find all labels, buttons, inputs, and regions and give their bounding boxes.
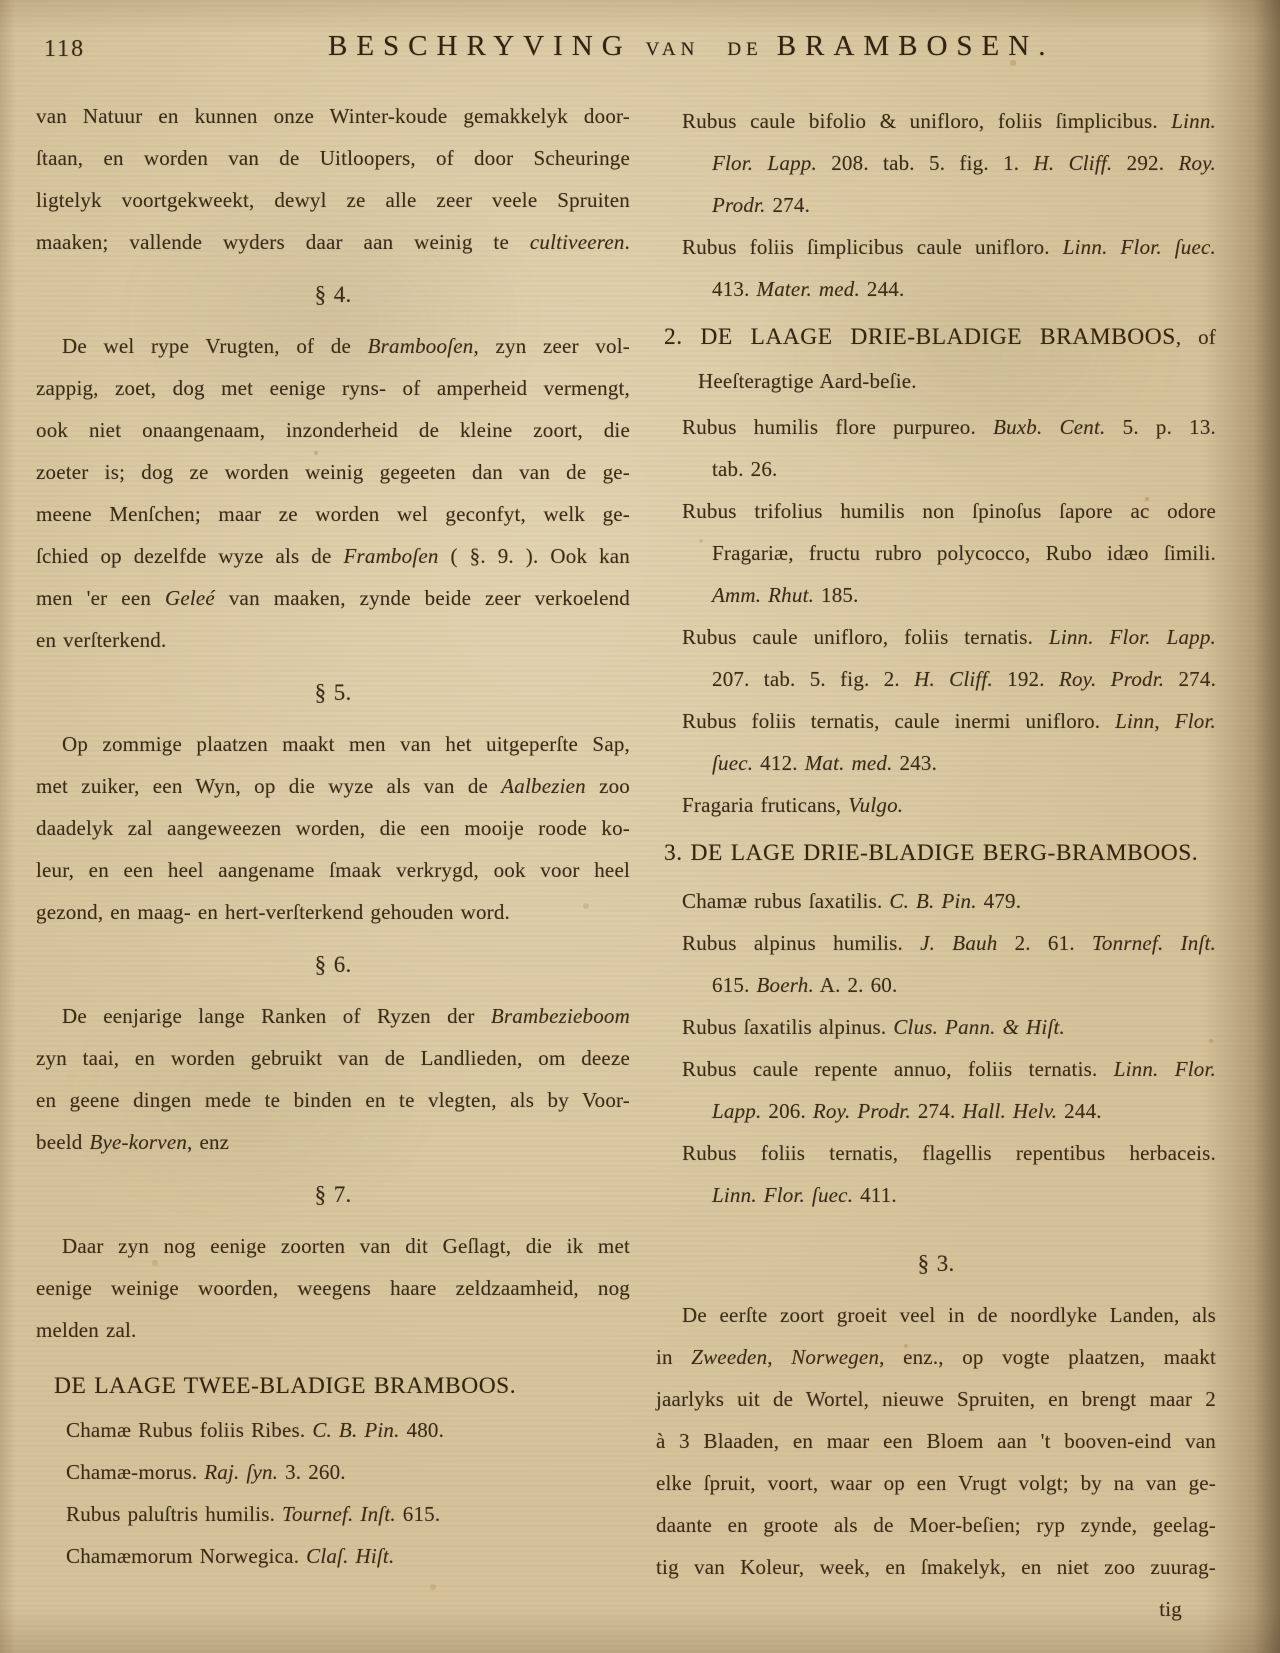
text-line: men 'er een Geleé van maaken, zynde beid… — [36, 577, 630, 619]
text-run: Rubus alpinus humilis. — [682, 931, 920, 955]
text-run: Roy. — [1178, 151, 1216, 175]
text-run: Rubus ſaxatilis alpinus. — [682, 1015, 893, 1039]
section-mark: § 4. — [36, 273, 630, 317]
text-run: zoeter is; dog ze worden weinig gegeeten… — [36, 460, 630, 484]
text-run: J. Bauh — [920, 931, 997, 955]
text-line: Rubus foliis ternatis, flagellis repenti… — [656, 1132, 1216, 1174]
text-run: ligtelyk voortgekweekt, dewyl ze alle ze… — [36, 188, 630, 212]
text-run: maaken; vallende wyders daar aan weinig … — [36, 230, 530, 254]
text-run: . — [625, 230, 630, 254]
text-line: Rubus paluſtris humilis. Tournef. Inſt. … — [36, 1493, 630, 1535]
text-run: Linn. Flor. — [1114, 1057, 1216, 1081]
text-run: , enz — [187, 1130, 229, 1154]
text-line: Chamæ rubus ſaxatilis. C. B. Pin. 479. — [656, 880, 1216, 922]
text-run: melden zal. — [36, 1318, 137, 1342]
right-column: Rubus caule bifolio & unifloro, foliis ſ… — [656, 100, 1216, 1630]
text-line: 2. DE LAAGE DRIE-BLADIGE BRAMBOOS, of — [656, 314, 1216, 360]
text-line: De eerſte zoort groeit veel in de noordl… — [656, 1294, 1216, 1336]
text-run: 207. tab. 5. fig. 2. — [712, 667, 914, 691]
text-run: eenige weinige woorden, weegens haare ze… — [36, 1276, 630, 1300]
text-run: De wel rype Vrugten, of de — [62, 334, 368, 358]
text-run: tig van Koleur, week, en ſmakelyk, en ni… — [656, 1555, 1216, 1579]
text-run: Hall. Helv. — [962, 1099, 1057, 1123]
text-run: van maaken, zynde beide zeer verkoelend — [215, 586, 630, 610]
text-line: meene Menſchen; maar ze worden wel gecon… — [36, 493, 630, 535]
text-run: 274. — [1164, 667, 1216, 691]
text-run: Fragaria fruticans, — [682, 793, 848, 817]
text-line: à 3 Blaaden, en maar een Bloem aan 't bo… — [656, 1420, 1216, 1462]
text-run: C. B. Pin. — [312, 1418, 399, 1442]
text-line: daante en groote als de Moer-beſien; ryp… — [656, 1504, 1216, 1546]
text-line: 207. tab. 5. fig. 2. H. Cliff. 192. Roy.… — [656, 658, 1216, 700]
paragraph: De wel rype Vrugten, of de Brambooſen, z… — [36, 325, 630, 661]
species-entry: Rubus alpinus humilis. J. Bauh 2. 61. To… — [656, 922, 1216, 1006]
text-run: leur, en een heel aangename ſmaak verkry… — [36, 858, 630, 882]
paragraph: De eerſte zoort groeit veel in de noordl… — [656, 1294, 1216, 1588]
text-line: zappig, zoet, dog met eenige ryns- of am… — [36, 367, 630, 409]
text-run: ( §. 9. ). Ook kan — [439, 544, 630, 568]
text-line: Fragaria fruticans, Vulgo. — [656, 784, 1216, 826]
text-run: Rubus foliis ſimplicibus caule unifloro. — [682, 235, 1063, 259]
paragraph: Daar zyn nog eenige zoorten van dit Geſl… — [36, 1225, 630, 1351]
paragraph: De eenjarige lange Ranken of Ryzen der B… — [36, 995, 630, 1163]
text-run: Rubus caule unifloro, foliis ternatis. — [682, 625, 1049, 649]
title-word-de: de — [727, 39, 762, 60]
text-run: 244. — [860, 277, 905, 301]
text-run: Op zommige plaatzen maakt men van het ui… — [62, 732, 630, 756]
text-line: Rubus caule bifolio & unifloro, foliis ſ… — [656, 100, 1216, 142]
text-line: elke ſpruit, voort, waar op een Vrugt vo… — [656, 1462, 1216, 1504]
text-run: Aalbezien — [501, 774, 586, 798]
book-page: { "header": { "page_number": "118", "tit… — [0, 0, 1280, 1653]
text-run: gezond, en maag- en hert-verſterkend geh… — [36, 900, 510, 924]
text-run: zoo — [586, 774, 630, 798]
text-run: Chamæ Rubus foliis Ribes. — [66, 1418, 312, 1442]
text-run: 185. — [814, 583, 859, 607]
text-line: Op zommige plaatzen maakt men van het ui… — [36, 723, 630, 765]
text-line: Linn. Flor. ſuec. 411. — [656, 1174, 1216, 1216]
section-mark: § 5. — [36, 671, 630, 715]
text-run: 274. — [911, 1099, 962, 1123]
species-entry: Rubus humilis flore purpureo. Buxb. Cent… — [656, 406, 1216, 490]
species-entry: Rubus foliis ternatis, caule inermi unif… — [656, 700, 1216, 784]
text-line: ligtelyk voortgekweekt, dewyl ze alle ze… — [36, 179, 630, 221]
text-run: zyn taai, en worden gebruikt van de Land… — [36, 1046, 630, 1070]
text-run: Tonrnef. Inſt. — [1092, 931, 1216, 955]
text-run: , enz., op vogte plaatzen, maakt — [879, 1345, 1216, 1369]
species-entry: Chamæ Rubus foliis Ribes. C. B. Pin. 480… — [36, 1409, 630, 1577]
text-run: Tournef. Inſt. — [282, 1502, 396, 1526]
text-line: eenige weinige woorden, weegens haare ze… — [36, 1267, 630, 1309]
text-run: meene Menſchen; maar ze worden wel gecon… — [36, 502, 630, 526]
species-entry: Rubus foliis ternatis, flagellis repenti… — [656, 1132, 1216, 1216]
text-run: daadelyk zal aangeweezen worden, die een… — [36, 816, 630, 840]
text-line: tab. 26. — [656, 448, 1216, 490]
text-line: 413. Mater. med. 244. — [656, 268, 1216, 310]
text-run: Brambezieboom — [491, 1004, 630, 1028]
text-run: Chamæ-morus. — [66, 1460, 204, 1484]
text-run: à 3 Blaaden, en maar een Bloem aan 't bo… — [656, 1429, 1216, 1453]
species-entry: Chamæ rubus ſaxatilis. C. B. Pin. 479. — [656, 880, 1216, 922]
text-line: zoeter is; dog ze worden weinig gegeeten… — [36, 451, 630, 493]
text-line: Chamæ-morus. Raj. ſyn. 3. 260. — [36, 1451, 630, 1493]
text-run: Boerh. — [757, 973, 814, 997]
text-run: en geene dingen mede te binden en te vle… — [36, 1088, 630, 1112]
text-run: ſtaan, en worden van de Uitloopers, of d… — [36, 146, 630, 170]
text-run: in — [656, 1345, 691, 1369]
text-run: met zuiker, een Wyn, op die wyze als van… — [36, 774, 501, 798]
text-line: 615. Boerh. A. 2. 60. — [656, 964, 1216, 1006]
text-run: Raj. ſyn. — [204, 1460, 278, 1484]
text-run: 243. — [893, 751, 938, 775]
text-run: ook niet onaangenaam, inzonderheid de kl… — [36, 418, 630, 442]
foxing-specks — [0, 0, 2, 2]
text-line: Prodr. 274. — [656, 184, 1216, 226]
text-run: ſuec. — [712, 751, 753, 775]
text-line: Amm. Rhut. 185. — [656, 574, 1216, 616]
text-run: Roy. Prodr. — [1059, 667, 1164, 691]
text-run: De eerſte zoort groeit veel in de noordl… — [682, 1303, 1216, 1327]
text-run: 5. p. 13. — [1106, 415, 1217, 439]
catchword: tig — [656, 1588, 1216, 1630]
title-word-brambosen: BRAMBOSEN. — [777, 30, 1055, 62]
text-line: gezond, en maag- en hert-verſterkend geh… — [36, 891, 630, 933]
text-run: 2. DE LAAGE DRIE-BLADIGE BRAMBOOS — [664, 324, 1176, 350]
text-line: in Zweeden, Norwegen, enz., op vogte pla… — [656, 1336, 1216, 1378]
text-run: H. Cliff. — [1033, 151, 1112, 175]
text-run: 208. tab. 5. fig. 1. — [817, 151, 1034, 175]
subheading: DE LAAGE TWEE-BLADIGE BRAMBOOS. — [36, 1363, 630, 1409]
text-run: Zweeden — [691, 1345, 767, 1369]
text-run: daante en groote als de Moer-beſien; ryp… — [656, 1513, 1216, 1537]
text-run: jaarlyks uit de Wortel, nieuwe Spruiten,… — [656, 1387, 1216, 1411]
text-line: en geene dingen mede te binden en te vle… — [36, 1079, 630, 1121]
text-run: , — [767, 1345, 791, 1369]
title-word-van: van — [646, 39, 700, 60]
text-line: De wel rype Vrugten, of de Brambooſen, z… — [36, 325, 630, 367]
text-run: C. B. Pin. — [889, 889, 976, 913]
page-number: 118 — [44, 36, 85, 63]
text-run: Norwegen — [791, 1345, 879, 1369]
species-entry: Fragaria fruticans, Vulgo. — [656, 784, 1216, 826]
text-line: 3. DE LAGE DRIE-BLADIGE BERG-BRAMBOOS. — [656, 830, 1216, 876]
text-run: Rubus caule bifolio & unifloro, foliis ſ… — [682, 109, 1171, 133]
text-run: 3. 260. — [278, 1460, 346, 1484]
section-mark: § 3. — [656, 1242, 1216, 1286]
text-line: Rubus caule unifloro, foliis ternatis. L… — [656, 616, 1216, 658]
text-run: 192. — [993, 667, 1059, 691]
left-column: van Natuur en kunnen onze Winter-koude g… — [36, 95, 630, 1577]
text-run: Buxb. Cent. — [993, 415, 1105, 439]
text-run: 244. — [1057, 1099, 1102, 1123]
text-run: tab. 26. — [712, 457, 778, 481]
text-run: 412. — [753, 751, 804, 775]
text-line: met zuiker, een Wyn, op die wyze als van… — [36, 765, 630, 807]
text-run: De eenjarige lange Ranken of Ryzen der — [62, 1004, 491, 1028]
text-run: ſchied op dezelfde wyze als de — [36, 544, 343, 568]
text-run: 480. — [400, 1418, 445, 1442]
text-run: zappig, zoet, dog met eenige ryns- of am… — [36, 376, 630, 400]
text-run: Mater. med. — [757, 277, 860, 301]
text-run: 2. 61. — [997, 931, 1092, 955]
text-run: Linn. Flor. ſuec. — [712, 1183, 853, 1207]
text-line: DE LAAGE TWEE-BLADIGE BRAMBOOS. — [36, 1363, 630, 1409]
text-run: , of — [1176, 325, 1216, 349]
text-run: Fragariæ, fructu rubro polycocco, Rubo i… — [712, 541, 1216, 565]
text-run: Lapp. — [712, 1099, 761, 1123]
text-run: Rubus paluſtris humilis. — [66, 1502, 282, 1526]
paragraph: van Natuur en kunnen onze Winter-koude g… — [36, 95, 630, 263]
text-line: van Natuur en kunnen onze Winter-koude g… — [36, 95, 630, 137]
text-run: Geleé — [165, 586, 215, 610]
species-entry: Rubus ſaxatilis alpinus. Clus. Pann. & H… — [656, 1006, 1216, 1048]
species-entry: Rubus caule bifolio & unifloro, foliis ſ… — [656, 100, 1216, 226]
text-run: , zyn zeer vol- — [473, 334, 630, 358]
text-run: 3. DE LAGE DRIE-BLADIGE BERG-BRAMBOOS. — [664, 840, 1198, 866]
paragraph: Op zommige plaatzen maakt men van het ui… — [36, 723, 630, 933]
text-run: Claſ. Hiſt. — [306, 1544, 394, 1568]
text-run: Clus. Pann. & Hiſt. — [893, 1015, 1065, 1039]
text-run: elke ſpruit, voort, waar op een Vrugt vo… — [656, 1471, 1216, 1495]
text-line: ſuec. 412. Mat. med. 243. — [656, 742, 1216, 784]
species-entry: Rubus foliis ſimplicibus caule unifloro.… — [656, 226, 1216, 310]
text-line: Fragariæ, fructu rubro polycocco, Rubo i… — [656, 532, 1216, 574]
text-run: beeld — [36, 1130, 89, 1154]
text-line: jaarlyks uit de Wortel, nieuwe Spruiten,… — [656, 1378, 1216, 1420]
text-run: Mat. med. — [805, 751, 893, 775]
text-run: Linn. Flor. ſuec. — [1063, 235, 1216, 259]
text-run: 615. — [712, 973, 757, 997]
text-run: 479. — [977, 889, 1022, 913]
text-line: maaken; vallende wyders daar aan weinig … — [36, 221, 630, 263]
text-line: Heeſteragtige Aard-beſie. — [656, 360, 1216, 402]
text-line: Rubus alpinus humilis. J. Bauh 2. 61. To… — [656, 922, 1216, 964]
species-entry: Rubus caule repente annuo, foliis ternat… — [656, 1048, 1216, 1132]
text-line: en verſterkend. — [36, 619, 630, 661]
text-line: tig van Koleur, week, en ſmakelyk, en ni… — [656, 1546, 1216, 1588]
text-run: Rubus foliis ternatis, flagellis repenti… — [682, 1141, 1216, 1165]
text-run: 206. — [761, 1099, 812, 1123]
text-line: Rubus humilis flore purpureo. Buxb. Cent… — [656, 406, 1216, 448]
text-line: Flor. Lapp. 208. tab. 5. fig. 1. H. Clif… — [656, 142, 1216, 184]
text-run: Amm. Rhut. — [712, 583, 814, 607]
text-line: ook niet onaangenaam, inzonderheid de kl… — [36, 409, 630, 451]
text-run: van Natuur en kunnen onze Winter-koude g… — [36, 104, 630, 128]
text-run: cultiveeren — [530, 230, 625, 254]
text-line: leur, en een heel aangename ſmaak verkry… — [36, 849, 630, 891]
text-run: Rubus humilis flore purpureo. — [682, 415, 993, 439]
text-run: Rubus foliis ternatis, caule inermi unif… — [682, 709, 1115, 733]
text-line: De eenjarige lange Ranken of Ryzen der B… — [36, 995, 630, 1037]
text-run: Prodr. — [712, 193, 766, 217]
species-entry: Rubus caule unifloro, foliis ternatis. L… — [656, 616, 1216, 700]
text-run: Rubus trifolius humilis non ſpinoſus ſap… — [682, 499, 1216, 523]
text-run: Framboſen — [343, 544, 438, 568]
text-run: tig — [1159, 1597, 1182, 1621]
species-heading: 2. DE LAAGE DRIE-BLADIGE BRAMBOOS, ofHee… — [656, 314, 1216, 402]
text-line: Rubus foliis ternatis, caule inermi unif… — [656, 700, 1216, 742]
text-run: 292. — [1112, 151, 1178, 175]
text-line: Rubus ſaxatilis alpinus. Clus. Pann. & H… — [656, 1006, 1216, 1048]
text-run: Daar zyn nog eenige zoorten van dit Geſl… — [62, 1234, 630, 1258]
text-run: Chamæ rubus ſaxatilis. — [682, 889, 889, 913]
text-run: 411. — [853, 1183, 897, 1207]
text-run: Linn. Flor. Lapp. — [1049, 625, 1216, 649]
text-run: Linn, Flor. — [1115, 709, 1216, 733]
text-line: zyn taai, en worden gebruikt van de Land… — [36, 1037, 630, 1079]
text-line: beeld Bye-korven, enz — [36, 1121, 630, 1163]
text-run: Chamæmorum Norwegica. — [66, 1544, 306, 1568]
text-run: Rubus caule repente annuo, foliis ternat… — [682, 1057, 1114, 1081]
text-line: Chamæ Rubus foliis Ribes. C. B. Pin. 480… — [36, 1409, 630, 1451]
text-run: men 'er een — [36, 586, 165, 610]
text-line: ſtaan, en worden van de Uitloopers, of d… — [36, 137, 630, 179]
text-line: Rubus trifolius humilis non ſpinoſus ſap… — [656, 490, 1216, 532]
text-run: Heeſteragtige Aard-beſie. — [698, 369, 917, 393]
text-run: 274. — [766, 193, 811, 217]
text-line: melden zal. — [36, 1309, 630, 1351]
text-line: Chamæmorum Norwegica. Claſ. Hiſt. — [36, 1535, 630, 1577]
text-run: Vulgo. — [848, 793, 903, 817]
text-run: 615. — [396, 1502, 441, 1526]
text-run: A. 2. 60. — [814, 973, 898, 997]
text-line: Daar zyn nog eenige zoorten van dit Geſl… — [36, 1225, 630, 1267]
text-line: daadelyk zal aangeweezen worden, die een… — [36, 807, 630, 849]
title-word-beschryving: BESCHRYVING — [328, 30, 632, 62]
text-run: DE LAAGE TWEE-BLADIGE BRAMBOOS. — [54, 1373, 516, 1399]
text-line: ſchied op dezelfde wyze als de Framboſen… — [36, 535, 630, 577]
text-line: Lapp. 206. Roy. Prodr. 274. Hall. Helv. … — [656, 1090, 1216, 1132]
text-line: Rubus foliis ſimplicibus caule unifloro.… — [656, 226, 1216, 268]
text-run: en verſterkend. — [36, 628, 166, 652]
text-run: Linn. — [1171, 109, 1216, 133]
species-heading: 3. DE LAGE DRIE-BLADIGE BERG-BRAMBOOS. — [656, 830, 1216, 876]
text-run: Roy. Prodr. — [813, 1099, 911, 1123]
text-run: Bye-korven — [89, 1130, 187, 1154]
text-line: Rubus caule repente annuo, foliis ternat… — [656, 1048, 1216, 1090]
section-mark: § 6. — [36, 943, 630, 987]
running-title: BESCHRYVINGvandeBRAMBOSEN. — [328, 30, 1054, 63]
text-run: Brambooſen — [368, 334, 474, 358]
text-run: H. Cliff. — [914, 667, 993, 691]
text-run: 413. — [712, 277, 757, 301]
text-run: Flor. Lapp. — [712, 151, 817, 175]
species-entry: Rubus trifolius humilis non ſpinoſus ſap… — [656, 490, 1216, 616]
section-mark: § 7. — [36, 1173, 630, 1217]
text-line: tig — [656, 1588, 1216, 1630]
